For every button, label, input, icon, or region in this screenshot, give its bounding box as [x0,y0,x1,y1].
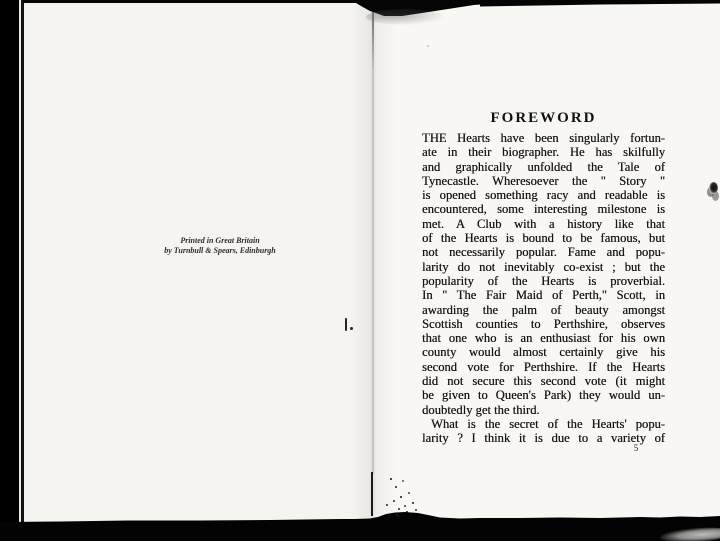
gutter-fold-line [372,14,374,474]
body-line: be given to Queen's Park) they would un- [422,388,665,402]
body-line: county would almost certainly give his [422,345,665,359]
scan-left-edge-bar [0,0,19,541]
body-line: popularity of the Hearts is proverbial. [422,274,665,288]
foreword-body: THE Hearts have been singularly fortun-a… [422,131,665,446]
faint-speck [427,45,429,47]
gutter-fold-line-top [372,12,374,72]
body-line: that one who is an enthusiast for his ow… [422,331,665,345]
body-line: doubtedly get the third. [422,403,665,417]
body-line: THE Hearts have been singularly fortun- [422,131,665,145]
body-line: Scottish counties to Perthshire, observe… [422,317,665,331]
scan-left-inner-line [21,0,24,541]
body-line: ate in their biographer. He has skilfull… [422,145,665,159]
right-edge-ink-blot [709,182,718,194]
gutter-stray-mark [345,318,347,331]
body-line: did not secure this second vote (it migh… [422,374,665,388]
gutter-fold-line-bottom [371,472,373,516]
gutter-stray-dot [350,327,353,330]
body-line: In " The Fair Maid of Perth," Scott, in [422,288,665,302]
imprint-line-1: Printed in Great Britain [120,236,320,246]
body-line: and graphically unfolded the Tale of [422,160,665,174]
printer-imprint: Printed in Great Britain by Turnbull & S… [120,236,320,256]
body-line: Tynecastle. Wheresoever the " Story " [422,174,665,188]
imprint-line-2: by Turnbull & Spears, Edinburgh [120,246,320,256]
body-line: What is the secret of the Hearts' popu- [422,417,665,431]
body-line: second vote for Perthshire. If the Heart… [422,360,665,374]
body-line: of the Hearts is bound to be famous, but [422,231,665,245]
left-page [23,2,373,522]
book-spread-scan: Printed in Great Britain by Turnbull & S… [0,0,720,541]
body-line: is opened something racy and readable is [422,188,665,202]
body-line: met. A Club with a history like that [422,217,665,231]
body-line: larity do not inevitably co-exist ; but … [422,260,665,274]
body-line: encountered, some interesting milestone … [422,202,665,216]
body-line: awarding the palm of beauty amongst [422,303,665,317]
body-line: not necessarily popular. Fame and popu- [422,245,665,259]
scan-bottom-speckles [390,478,392,480]
scan-top-gutter-smudge [366,9,444,25]
page-number: 5 [629,443,643,453]
chapter-heading: FOREWORD [422,110,665,127]
